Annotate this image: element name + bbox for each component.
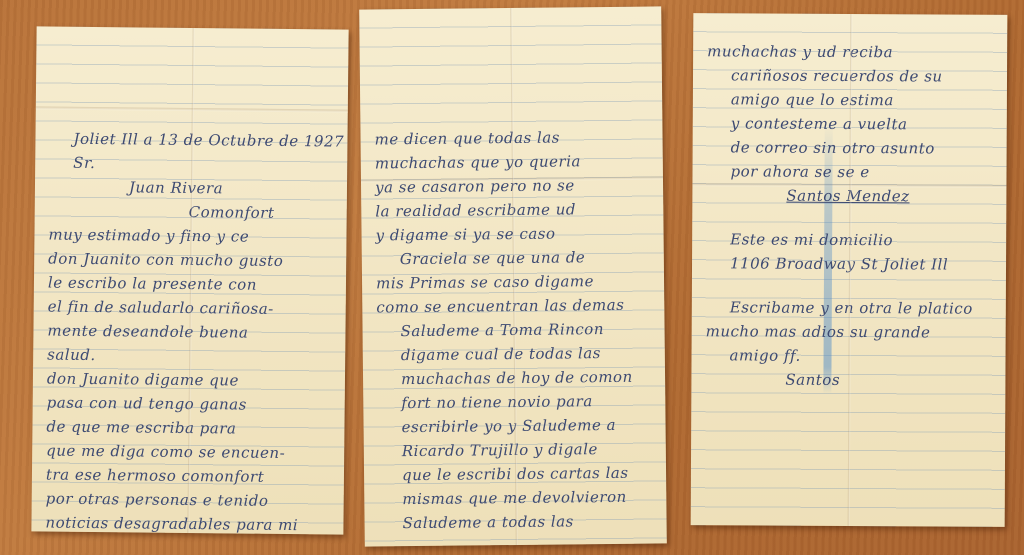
- letter-line: y digame si ya se caso: [375, 221, 653, 248]
- closing-line: Escribame y en otra le platico: [706, 295, 996, 321]
- letter-line: pasa con ud tengo ganas: [47, 391, 335, 418]
- letter-line: don Juanito digame que: [47, 367, 335, 394]
- letter-line: de correo sin otro asunto: [707, 135, 997, 161]
- address-line: 1106 Broadway St Joliet Ill: [706, 251, 996, 277]
- letter-line: como se encuentran las demas: [376, 293, 654, 320]
- letter-line: por otras personas e tenido: [46, 487, 334, 514]
- letter-line: y contesteme a vuelta: [707, 111, 997, 137]
- letter-page-3: muchachas y ud reciba cariñosos recuerdo…: [691, 13, 1008, 527]
- letter-line: Ricardo Trujillo y digale: [378, 437, 656, 464]
- letter-line: escribirle yo y Saludeme a: [377, 413, 655, 440]
- letter-line: me dicen que todas las: [374, 125, 652, 152]
- letter-line: salud.: [47, 343, 335, 370]
- letter-line: el fin de saludarlo cariñosa-: [48, 295, 336, 322]
- letter-recipient-name: Juan Rivera: [49, 175, 337, 202]
- letter-page-1: Joliet Ill a 13 de Octubre de 1927 Sr. J…: [31, 26, 348, 534]
- letter-line: fort no tiene novio para: [377, 389, 655, 416]
- letter-line: por ahora se se e: [706, 159, 996, 185]
- letter-line: mis Primas se caso digame: [376, 269, 654, 296]
- page-3-text: muchachas y ud reciba cariñosos recuerdo…: [705, 39, 997, 393]
- letter-line: noticias desagradables para mi: [45, 511, 333, 535]
- letter-line: muy estimado y fino y ce: [48, 223, 336, 250]
- letter-recipient-town: Comonfort: [49, 199, 337, 226]
- letter-line: que me diga como se encuen-: [46, 439, 334, 466]
- letter-line: que le escribi dos cartas las: [378, 461, 656, 488]
- letter-line: muchachas y ud reciba: [707, 39, 997, 65]
- letter-line: mismas que me devolvieron: [378, 485, 656, 512]
- signature: Santos Mendez: [706, 183, 996, 209]
- letter-line: le escribo la presente con: [48, 271, 336, 298]
- address-intro: Este es mi domicilio: [706, 227, 996, 253]
- letter-page-2: me dicen que todas las muchachas que yo …: [359, 6, 667, 546]
- letter-line: ya se casaron pero no se: [375, 173, 653, 200]
- letter-line: la realidad escribame ud: [375, 197, 653, 224]
- closing-line: amigo ff.: [705, 343, 995, 369]
- letter-line: digame cual de todas las: [377, 341, 655, 368]
- letter-line: Graciela se que una de: [376, 245, 654, 272]
- letter-line: don Juanito con mucho gusto: [48, 247, 336, 274]
- page-2-text: me dicen que todas las muchachas que yo …: [374, 125, 656, 536]
- letter-salutation: Sr.: [49, 151, 337, 178]
- letter-line: mente deseandole buena: [47, 319, 335, 346]
- page-1-text: Joliet Ill a 13 de Octubre de 1927 Sr. J…: [45, 127, 337, 535]
- letter-line: tra ese hermoso comonfort: [46, 463, 334, 490]
- letter-line: muchachas de hoy de comon: [377, 365, 655, 392]
- letter-line: Saludeme a todas las: [378, 509, 656, 536]
- letter-line: muchachas que yo queria: [375, 149, 653, 176]
- letter-line: cariñosos recuerdos de su: [707, 63, 997, 89]
- closing-signature: Santos: [705, 367, 995, 393]
- letter-line: Saludeme a Toma Rincon: [376, 317, 654, 344]
- letter-line: de que me escriba para: [46, 415, 334, 442]
- letter-date-line: Joliet Ill a 13 de Octubre de 1927: [49, 127, 337, 154]
- letter-line: amigo que lo estima: [707, 87, 997, 113]
- closing-line: mucho mas adios su grande: [706, 319, 996, 345]
